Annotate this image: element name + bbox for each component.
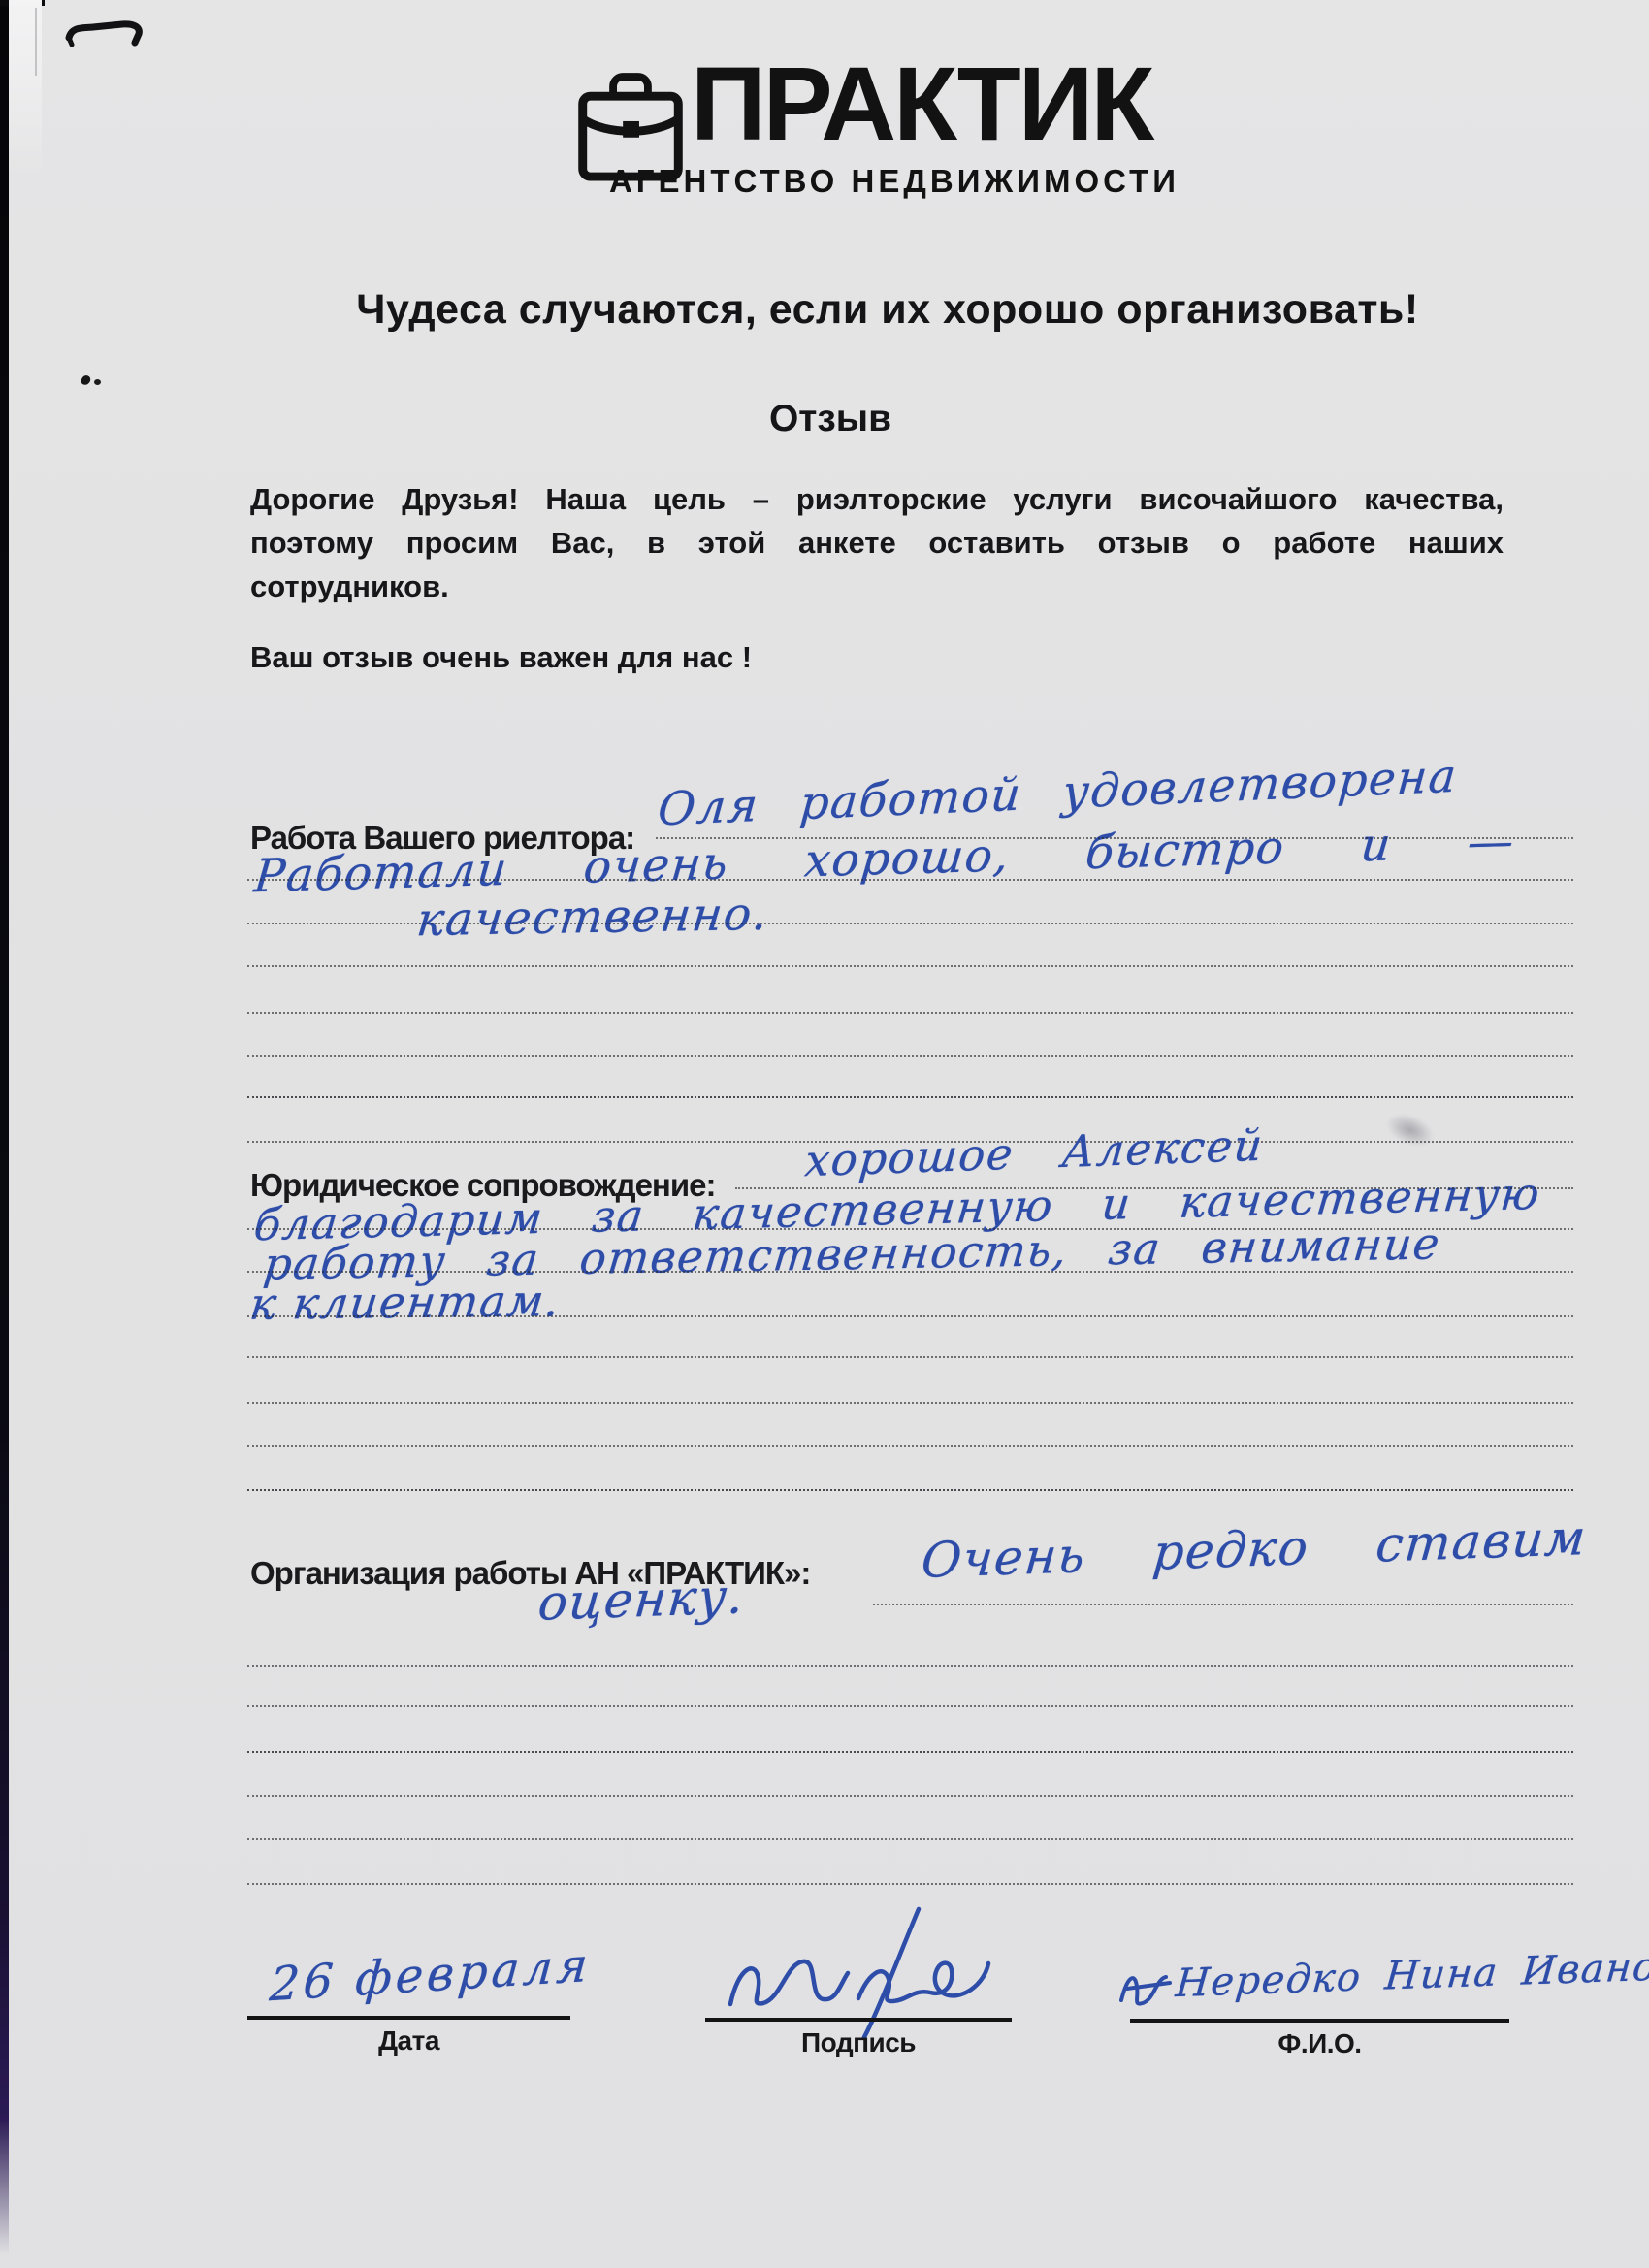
handwritten-answer: к клиентам. xyxy=(247,1275,564,1329)
answer-ruled-line xyxy=(247,1883,1573,1885)
answer-ruled-line xyxy=(247,923,1573,924)
signature-underline xyxy=(705,2018,1012,2022)
answer-ruled-line xyxy=(247,1445,1573,1447)
handwritten-answer: Очень редко ставим xyxy=(920,1509,1590,1589)
answer-ruled-line xyxy=(247,1705,1573,1707)
answer-ruled-line xyxy=(247,1012,1573,1014)
answer-ruled-line xyxy=(656,837,1573,839)
answer-ruled-line xyxy=(247,1665,1573,1667)
scan-scratch-mark xyxy=(35,8,37,76)
name-underline xyxy=(1130,2019,1509,2023)
intro-line: сотрудников. xyxy=(250,565,1503,608)
slogan-headline: Чудеса случаются, если их хорошо организ… xyxy=(126,286,1649,334)
answer-ruled-line xyxy=(247,1096,1573,1098)
handwritten-answer: оценку. xyxy=(536,1568,748,1632)
intro-line: Дорогие Друзья! Наша цель – риэлторские … xyxy=(250,477,1503,521)
intro-line: поэтому просим Вас, в этой анкете остави… xyxy=(250,521,1503,565)
answer-ruled-line xyxy=(247,1751,1573,1753)
staple-mark xyxy=(62,17,147,47)
fio-flourish xyxy=(1114,1950,1181,2018)
agency-logo: ПРАКТИК АГЕНТСТВО НЕДВИЖИМОСТИ xyxy=(570,58,1218,204)
date-label: Дата xyxy=(247,2025,570,2057)
brand-tagline: АГЕНТСТВО НЕДВИЖИМОСТИ xyxy=(574,163,1214,200)
answer-ruled-line xyxy=(247,1402,1573,1404)
ink-speck xyxy=(81,374,92,386)
handwritten-date: 26 февраля xyxy=(268,1938,594,2013)
name-label: Ф.И.О. xyxy=(1130,2028,1509,2059)
date-underline xyxy=(247,2016,570,2020)
answer-ruled-line xyxy=(247,1356,1573,1358)
importance-note: Ваш отзыв очень важен для нас ! xyxy=(250,640,752,675)
answer-ruled-line xyxy=(873,1604,1573,1605)
intro-paragraph: Дорогие Друзья! Наша цель – риэлторские … xyxy=(250,477,1503,608)
answer-ruled-line xyxy=(247,1489,1573,1491)
answer-ruled-line xyxy=(247,1228,1573,1230)
ink-speck xyxy=(94,379,101,385)
answer-ruled-line xyxy=(247,1271,1573,1273)
handwritten-answer: качественно. xyxy=(414,888,771,947)
signature-label: Подпись xyxy=(705,2027,1012,2058)
answer-ruled-line xyxy=(247,1795,1573,1797)
form-title: Отзыв xyxy=(155,398,1505,440)
brand-name: ПРАКТИК xyxy=(691,43,1151,164)
answer-ruled-line xyxy=(247,1838,1573,1840)
scan-edge-bar xyxy=(0,0,9,2254)
answer-ruled-line xyxy=(247,965,1573,967)
scanned-feedback-form: ПРАКТИК АГЕНТСТВО НЕДВИЖИМОСТИ Чудеса сл… xyxy=(0,0,1649,2268)
handwritten-name: Нередко Нина Ивановна xyxy=(1174,1942,1649,2006)
answer-ruled-line xyxy=(247,1055,1573,1057)
answer-ruled-line xyxy=(735,1187,1573,1189)
answer-ruled-line xyxy=(247,1315,1573,1317)
ink-smudge xyxy=(1381,1107,1439,1152)
answer-ruled-line xyxy=(247,879,1573,881)
